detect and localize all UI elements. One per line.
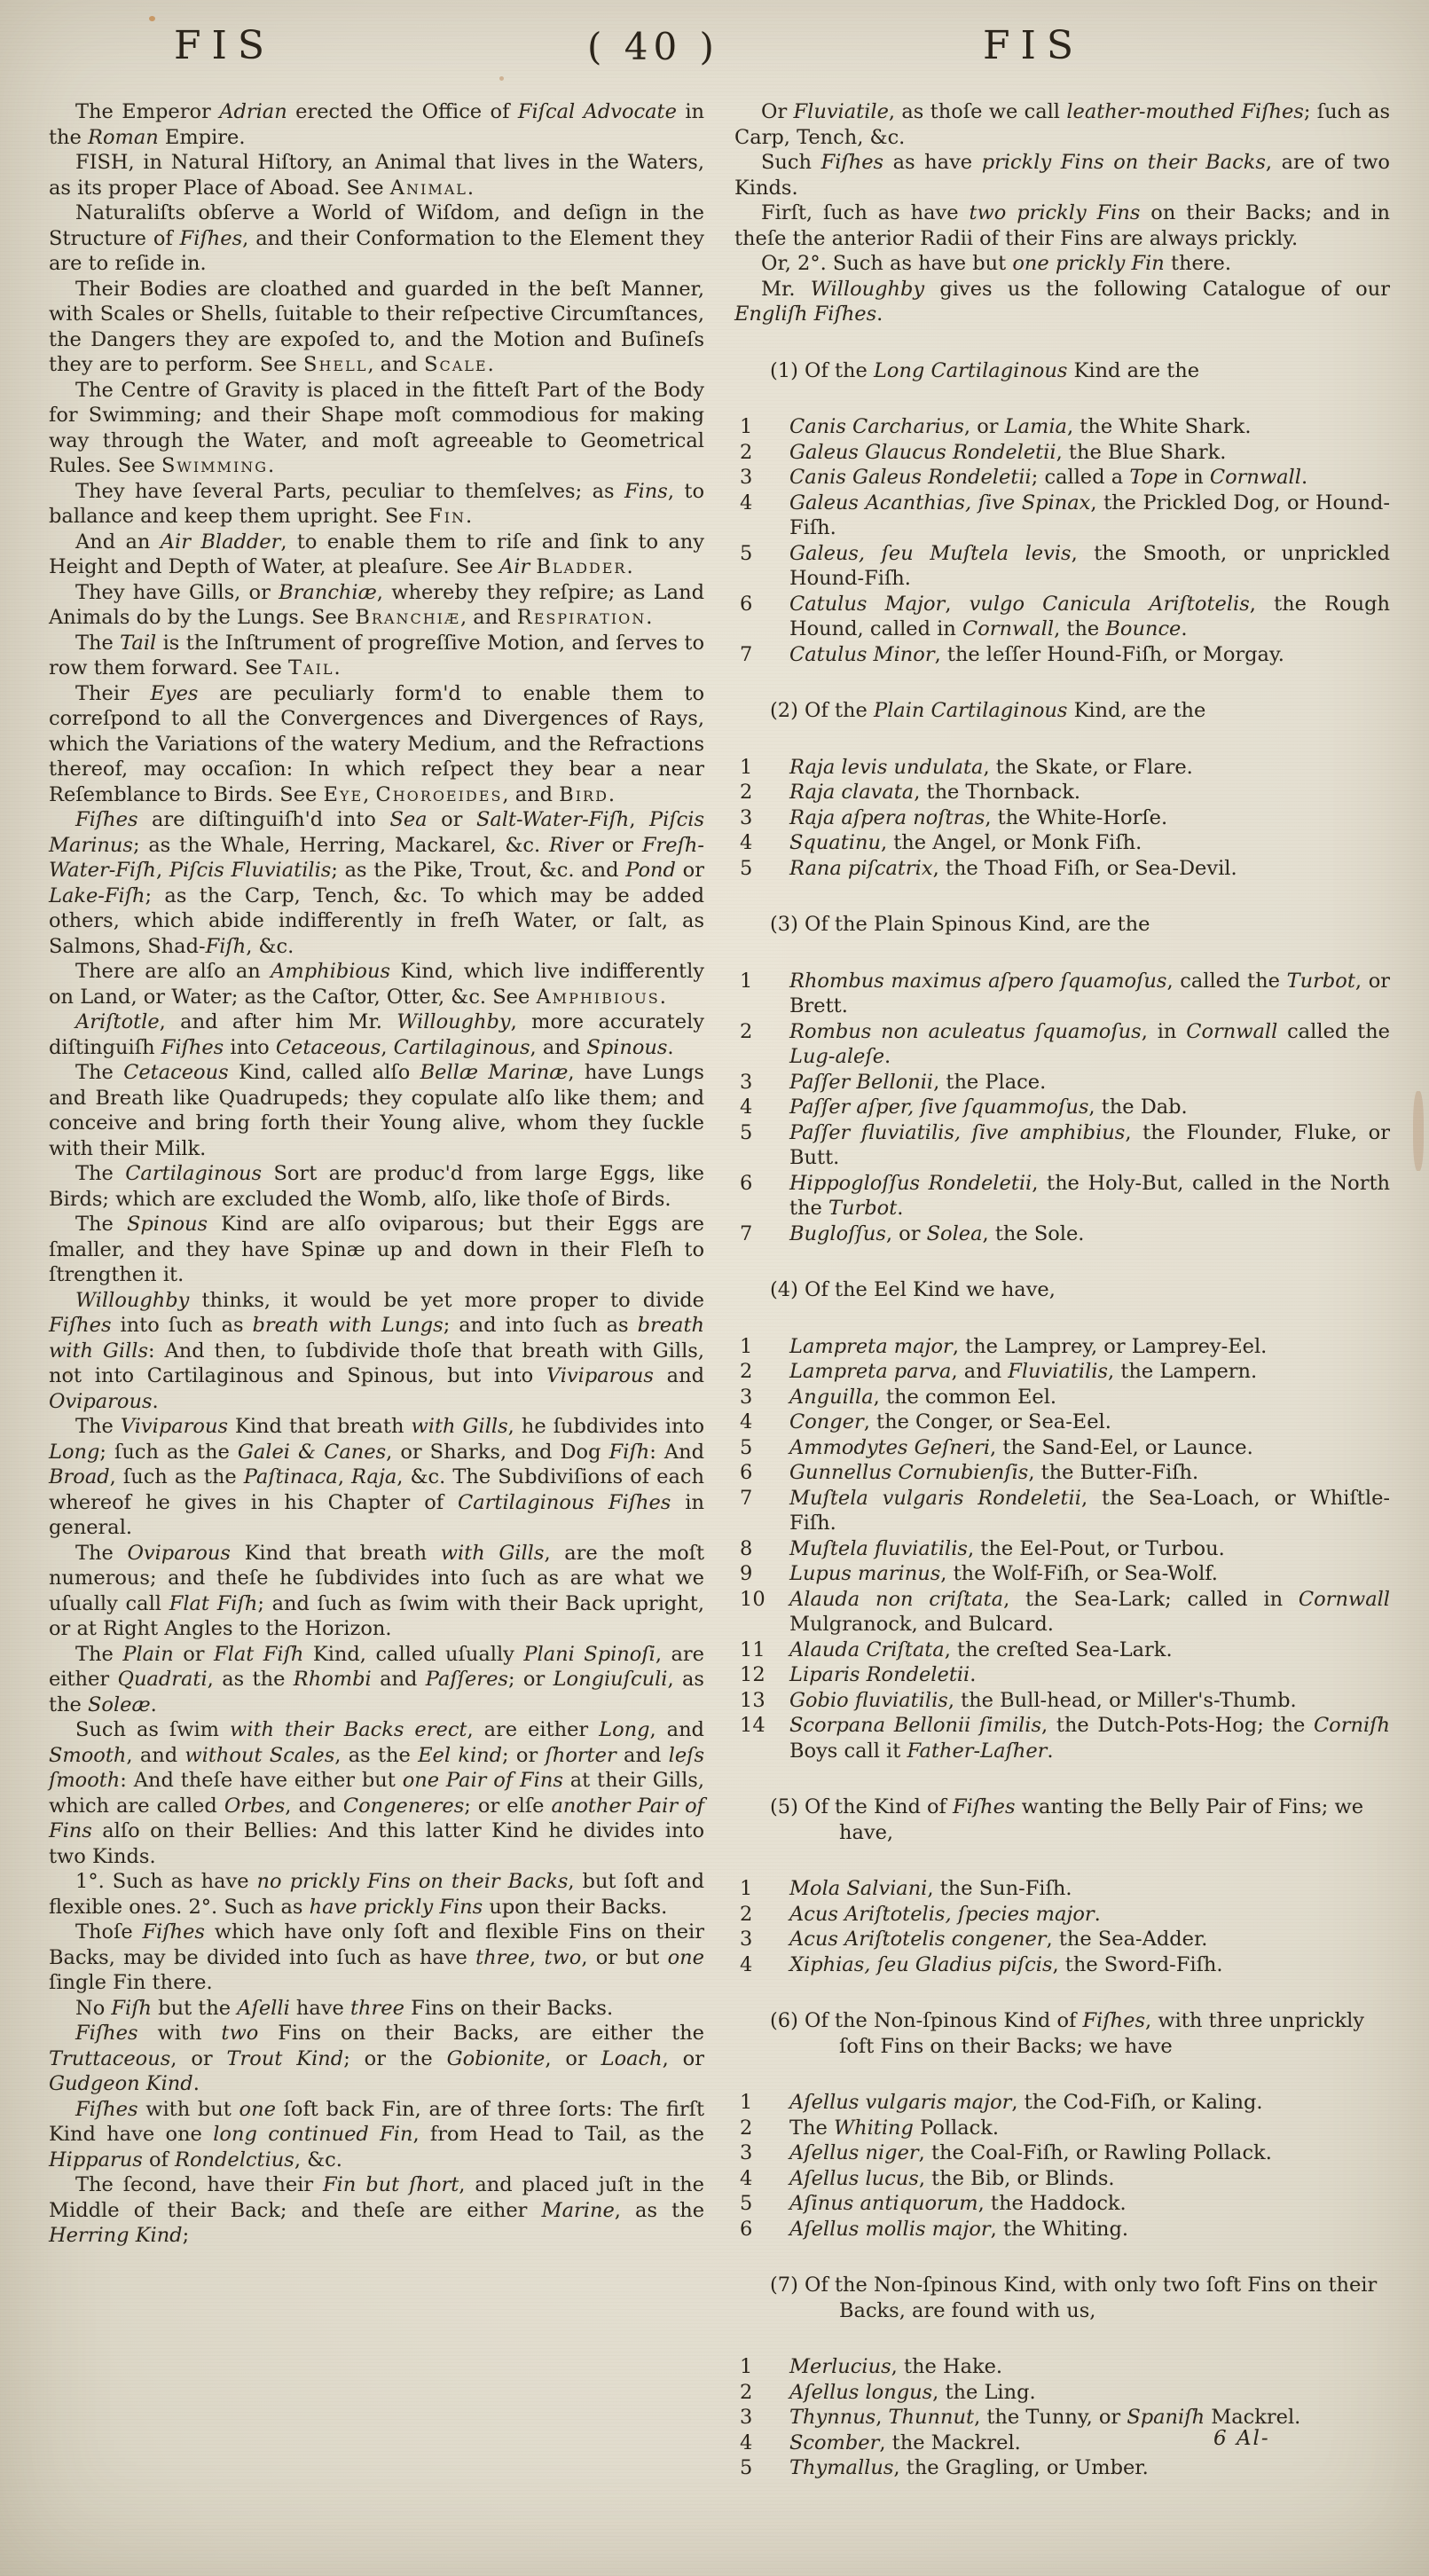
- item-number: 1: [740, 2090, 779, 2116]
- paragraph: The Emperor Adrian erected the Office of…: [49, 99, 704, 150]
- catalogue-item: 4 Galeus Acanthias, ſive Spinax, the Pri…: [734, 491, 1390, 541]
- item-text: Merlucius, the Hake.: [789, 2355, 1002, 2378]
- catalogue-item: 4 Paſſer aſper, ſive ſquammoſus, the Dab…: [734, 1095, 1390, 1120]
- catalogue-item: 1 Raja levis undulata, the Skate, or Fla…: [734, 755, 1390, 781]
- item-number: 1: [740, 1334, 779, 1360]
- catalogue-item: 7 Muſtela vulgaris Rondeletii, the Sea-L…: [734, 1486, 1390, 1536]
- paragraph: Fiſhes are diſtinguiſh'd into Sea or Sal…: [49, 807, 704, 959]
- catalogue-item: 4 Squatinu, the Angel, or Monk Fiſh.: [734, 830, 1390, 856]
- catalogue-item: 11 Alauda Criſtata, the creſted Sea-Lark…: [734, 1637, 1390, 1663]
- catalogue-item: 2 The Whiting Pollack.: [734, 2116, 1390, 2141]
- catalogue-item: 6 Gunnellus Cornubienſis, the Butter-Fiſ…: [734, 1460, 1390, 1486]
- encyclopedia-page: FIS ( 40 ) FIS The Emperor Adrian erecte…: [0, 0, 1429, 2576]
- catalogue-item: 3 Aſellus niger, the Coal-Fiſh, or Rawli…: [734, 2140, 1390, 2166]
- catalogue-item: 4 Aſellus lucus, the Bib, or Blinds.: [734, 2166, 1390, 2192]
- item-number: 6: [740, 2217, 779, 2242]
- paragraph: Ariſtotle, and after him Mr. Willoughby,…: [49, 1009, 704, 1060]
- catalogue-item: 1 Mola Salviani, the Sun-Fiſh.: [734, 1876, 1390, 1902]
- item-number: 3: [740, 465, 779, 491]
- item-text: Raja levis undulata, the Skate, or Flare…: [789, 756, 1193, 779]
- item-number: 7: [740, 1486, 779, 1512]
- item-number: 5: [740, 2191, 779, 2217]
- catalogue-section: (7) Of the Non-ſpinous Kind, with only t…: [734, 2273, 1390, 2481]
- catalogue-item: 2 Lampreta parva, and Fluviatilis, the L…: [734, 1359, 1390, 1385]
- catalogue-item: 5 Ammodytes Geſneri, the Sand-Eel, or La…: [734, 1435, 1390, 1461]
- section-heading: (7) Of the Non-ſpinous Kind, with only t…: [734, 2273, 1390, 2323]
- catalogue-item: 10 Alauda non criſtata, the Sea-Lark; ca…: [734, 1587, 1390, 1637]
- item-text: Rombus non aculeatus ſquamoſus, in Cornw…: [789, 1020, 1390, 1069]
- item-text: Raja clavata, the Thornback.: [789, 781, 1080, 804]
- paragraph: The Cetaceous Kind, called alſo Bellæ Ma…: [49, 1060, 704, 1161]
- item-text: Squatinu, the Angel, or Monk Fiſh.: [789, 831, 1142, 854]
- paragraph: Or, 2°. Such as have but one prickly Fin…: [734, 251, 1390, 277]
- paragraph: No Fiſh but the Aſelli have three Fins o…: [49, 1996, 704, 2022]
- item-text: Lampreta parva, and Fluviatilis, the Lam…: [789, 1360, 1257, 1383]
- catalogue-item: 3 Acus Ariſtotelis congener, the Sea-Add…: [734, 1927, 1390, 1952]
- item-number: 3: [740, 805, 779, 831]
- paragraph: Firſt, ſuch as have two prickly Fins on …: [734, 200, 1390, 251]
- paragraph: Willoughby thinks, it would be yet more …: [49, 1288, 704, 1415]
- item-number: 8: [740, 1536, 779, 1562]
- item-number: 9: [740, 1561, 779, 1587]
- section-heading: (3) Of the Plain Spinous Kind, are the: [734, 912, 1390, 938]
- item-text: Anguilla, the common Eel.: [789, 1386, 1056, 1409]
- catalogue-item: 5 Rana piſcatrix, the Thoad Fiſh, or Sea…: [734, 856, 1390, 882]
- item-text: Muſtela vulgaris Rondeletii, the Sea-Loa…: [789, 1487, 1390, 1535]
- catalogue-item: 14 Scorpana Bellonii ſimilis, the Dutch-…: [734, 1713, 1390, 1763]
- foxing-spot: [149, 16, 155, 21]
- catalogue-sections: (1) Of the Long Cartilaginous Kind are t…: [734, 358, 1390, 2481]
- item-text: Canis Carcharius, or Lamia, the White Sh…: [789, 415, 1251, 438]
- item-number: 2: [740, 2116, 779, 2141]
- catalogue-items: 1 Rhombus maximus aſpero ſquamoſus, call…: [734, 969, 1390, 1247]
- catalogue-item: 6 Catulus Major, vulgo Canicula Ariſtote…: [734, 592, 1390, 642]
- item-number: 1: [740, 969, 779, 994]
- paragraph: Fiſhes with but one ſoft back Fin, are o…: [49, 2097, 704, 2173]
- foxing-spot: [1413, 1091, 1424, 1171]
- catalogue-items: 1 Mola Salviani, the Sun-Fiſh. 2 Acus Ar…: [734, 1876, 1390, 1977]
- item-text: Alauda non criſtata, the Sea-Lark; calle…: [789, 1588, 1390, 1637]
- text-columns: The Emperor Adrian erected the Office of…: [49, 99, 1390, 2481]
- paragraph: Naturaliſts obſerve a World of Wiſdom, a…: [49, 200, 704, 277]
- item-text: Galeus Glaucus Rondeletii, the Blue Shar…: [789, 441, 1226, 464]
- item-text: Gobio fluviatilis, the Bull-head, or Mil…: [789, 1689, 1297, 1712]
- paragraph: The Plain or Flat Fiſh Kind, called uſua…: [49, 1642, 704, 1718]
- catalogue-section: (5) Of the Kind of Fiſhes wanting the Be…: [734, 1795, 1390, 1977]
- item-number: 4: [740, 2431, 779, 2456]
- section-heading: (5) Of the Kind of Fiſhes wanting the Be…: [734, 1795, 1390, 1845]
- catalogue-section: (6) Of the Non-ſpinous Kind of Fiſhes, w…: [734, 2008, 1390, 2242]
- item-number: 4: [740, 830, 779, 856]
- catalogue-item: 1 Canis Carcharius, or Lamia, the White …: [734, 414, 1390, 440]
- catalogue-item: 2 Acus Ariſtotelis, ſpecies major.: [734, 1902, 1390, 1928]
- catalogue-section: (2) Of the Plain Cartilaginous Kind, are…: [734, 698, 1390, 881]
- catalogue-item: 3 Thynnus, Thunnut, the Tunny, or Spaniſ…: [734, 2405, 1390, 2431]
- paragraph: The Cartilaginous Sort are produc'd from…: [49, 1161, 704, 1212]
- item-text: Conger, the Conger, or Sea-Eel.: [789, 1410, 1111, 1433]
- item-text: Mola Salviani, the Sun-Fiſh.: [789, 1877, 1072, 1900]
- catalogue-item: 3 Raja aſpera noſtras, the White-Horſe.: [734, 805, 1390, 831]
- section-heading: (2) Of the Plain Cartilaginous Kind, are…: [734, 698, 1390, 724]
- item-text: Rana piſcatrix, the Thoad Fiſh, or Sea-D…: [789, 857, 1237, 880]
- item-text: Scomber, the Mackrel.: [789, 2431, 1021, 2454]
- item-number: 1: [740, 1876, 779, 1902]
- running-head-left: FIS: [174, 23, 275, 68]
- item-text: Thynnus, Thunnut, the Tunny, or Spaniſh …: [789, 2406, 1300, 2429]
- item-number: 6: [740, 1460, 779, 1486]
- paragraph: 1°. Such as have no prickly Fins on thei…: [49, 1869, 704, 1920]
- paragraph: The Tail is the Inſtrument of progreſſiv…: [49, 631, 704, 681]
- paragraph: Their Bodies are cloathed and guarded in…: [49, 277, 704, 378]
- item-text: Aſellus lucus, the Bib, or Blinds.: [789, 2167, 1115, 2190]
- paragraph: And an Air Bladder, to enable them to ri…: [49, 530, 704, 580]
- item-text: Aſellus vulgaris major, the Cod-Fiſh, or…: [789, 2091, 1263, 2114]
- item-number: 3: [740, 2140, 779, 2166]
- item-number: 3: [740, 2405, 779, 2431]
- item-number: 5: [740, 1120, 779, 1146]
- running-head-right: FIS: [983, 23, 1084, 68]
- left-column: The Emperor Adrian erected the Office of…: [49, 99, 704, 2481]
- catalogue-item: 5 Paſſer fluviatilis, ſive amphibius, th…: [734, 1120, 1390, 1171]
- item-text: Lupus marinus, the Wolf-Fiſh, or Sea-Wol…: [789, 1562, 1218, 1585]
- catalogue-item: 4 Xiphias, ſeu Gladius piſcis, the Sword…: [734, 1952, 1390, 1978]
- catalogue-item: 2 Galeus Glaucus Rondeletii, the Blue Sh…: [734, 440, 1390, 466]
- item-number: 4: [740, 1095, 779, 1120]
- item-text: Lampreta major, the Lamprey, or Lamprey-…: [789, 1335, 1267, 1358]
- catalogue-item: 1 Lampreta major, the Lamprey, or Lampre…: [734, 1334, 1390, 1360]
- paragraph: Their Eyes are peculiarly form'd to enab…: [49, 681, 704, 808]
- item-number: 4: [740, 2166, 779, 2192]
- paragraph: There are alſo an Amphibious Kind, which…: [49, 959, 704, 1009]
- item-text: Bugloſſus, or Solea, the Sole.: [789, 1222, 1084, 1245]
- item-text: Rhombus maximus aſpero ſquamoſus, called…: [789, 970, 1390, 1018]
- paragraph: The Centre of Gravity is placed in the f…: [49, 378, 704, 479]
- item-text: Xiphias, ſeu Gladius piſcis, the Sword-F…: [789, 1953, 1223, 1976]
- item-number: 1: [740, 414, 779, 440]
- paragraph: They have ſeveral Parts, peculiar to the…: [49, 479, 704, 530]
- item-text: Canis Galeus Rondeletii; called a Tope i…: [789, 466, 1307, 489]
- catalogue-item: 7 Bugloſſus, or Solea, the Sole.: [734, 1221, 1390, 1247]
- running-head: FIS ( 40 ) FIS: [0, 23, 1429, 85]
- catalogue-item: 3 Anguilla, the common Eel.: [734, 1385, 1390, 1410]
- catalogue-section: (4) Of the Eel Kind we have, 1 Lampreta …: [734, 1277, 1390, 1763]
- item-text: Gunnellus Cornubienſis, the Butter-Fiſh.: [789, 1461, 1198, 1484]
- catalogue-item: 2 Rombus non aculeatus ſquamoſus, in Cor…: [734, 1019, 1390, 1070]
- catalogue-section: (1) Of the Long Cartilaginous Kind are t…: [734, 358, 1390, 668]
- item-number: 13: [740, 1688, 779, 1714]
- item-number: 12: [740, 1662, 779, 1688]
- item-text: Acus Ariſtotelis, ſpecies major.: [789, 1903, 1101, 1926]
- item-number: 3: [740, 1385, 779, 1410]
- item-number: 2: [740, 1359, 779, 1385]
- item-text: Aſellus mollis major, the Whiting.: [789, 2218, 1128, 2241]
- item-number: 4: [740, 1410, 779, 1435]
- catalogue-section: (3) Of the Plain Spinous Kind, are the 1…: [734, 912, 1390, 1246]
- intro-paragraphs: Or Fluviatile, as thoſe we call leather-…: [734, 99, 1390, 327]
- item-text: Galeus Acanthias, ſive Spinax, the Prick…: [789, 491, 1390, 540]
- item-number: 4: [740, 1952, 779, 1978]
- catalogue-item: 2 Raja clavata, the Thornback.: [734, 780, 1390, 805]
- catalogue-item: 7 Catulus Minor, the leſſer Hound-Fiſh, …: [734, 642, 1390, 668]
- catalogue-item: 9 Lupus marinus, the Wolf-Fiſh, or Sea-W…: [734, 1561, 1390, 1587]
- section-heading: (1) Of the Long Cartilaginous Kind are t…: [734, 358, 1390, 384]
- item-text: The Whiting Pollack.: [789, 2117, 999, 2140]
- paragraph: The Spinous Kind are alſo oviparous; but…: [49, 1212, 704, 1288]
- paragraph: The Viviparous Kind that breath with Gil…: [49, 1414, 704, 1541]
- catalogue-items: 1 Raja levis undulata, the Skate, or Fla…: [734, 755, 1390, 882]
- right-column: Or Fluviatile, as thoſe we call leather-…: [734, 99, 1390, 2481]
- catalogue-item: 5 Aſinus antiquorum, the Haddock.: [734, 2191, 1390, 2217]
- item-number: 5: [740, 1435, 779, 1461]
- catalogue-item: 5 Galeus, ſeu Muſtela levis, the Smooth,…: [734, 541, 1390, 592]
- item-number: 4: [740, 491, 779, 516]
- item-text: Catulus Major, vulgo Canicula Ariſtoteli…: [789, 593, 1390, 641]
- item-number: 11: [740, 1637, 779, 1663]
- catalogue-item: 3 Canis Galeus Rondeletii; called a Tope…: [734, 465, 1390, 491]
- catalogue-item: 6 Hippogloſſus Rondeletii, the Holy-But,…: [734, 1171, 1390, 1221]
- item-text: Catulus Minor, the leſſer Hound-Fiſh, or…: [789, 643, 1284, 666]
- item-number: 10: [740, 1587, 779, 1613]
- item-number: 3: [740, 1927, 779, 1952]
- catalogue-item: 5 Thymallus, the Gragling, or Umber.: [734, 2455, 1390, 2481]
- paragraph: The Oviparous Kind that breath with Gill…: [49, 1541, 704, 1642]
- item-text: Muſtela fluviatilis, the Eel-Pout, or Tu…: [789, 1537, 1225, 1560]
- paragraph: Mr. Willoughby gives us the following Ca…: [734, 277, 1390, 327]
- paragraph: Fiſhes with two Fins on their Backs, are…: [49, 2021, 704, 2097]
- item-text: Thymallus, the Gragling, or Umber.: [789, 2456, 1149, 2479]
- paragraph: Such Fiſhes as have prickly Fins on thei…: [734, 150, 1390, 200]
- item-number: 6: [740, 1171, 779, 1197]
- paragraph: FISH, in Natural Hiſtory, an Animal that…: [49, 150, 704, 200]
- item-number: 5: [740, 541, 779, 567]
- catalogue-item: 12 Liparis Rondeletii.: [734, 1662, 1390, 1688]
- item-text: Paſſer Bellonii, the Place.: [789, 1071, 1046, 1094]
- item-number: 7: [740, 642, 779, 668]
- catalogue-item: 2 Aſellus longus, the Ling.: [734, 2380, 1390, 2406]
- item-text: Acus Ariſtotelis congener, the Sea-Adder…: [789, 1928, 1207, 1951]
- catalogue-items: 1 Aſellus vulgaris major, the Cod-Fiſh, …: [734, 2090, 1390, 2242]
- paragraph: Or Fluviatile, as thoſe we call leather-…: [734, 99, 1390, 150]
- catalogue-item: 4 Scomber, the Mackrel.: [734, 2431, 1390, 2456]
- catalogue-item: 6 Aſellus mollis major, the Whiting.: [734, 2217, 1390, 2242]
- item-text: Aſellus niger, the Coal-Fiſh, or Rawling…: [789, 2141, 1272, 2164]
- item-text: Ammodytes Geſneri, the Sand-Eel, or Laun…: [789, 1436, 1253, 1459]
- item-number: 5: [740, 2455, 779, 2481]
- item-number: 1: [740, 2354, 779, 2380]
- item-text: Raja aſpera noſtras, the White-Horſe.: [789, 806, 1167, 829]
- item-text: Aſellus longus, the Ling.: [789, 2381, 1036, 2404]
- section-heading: (6) Of the Non-ſpinous Kind of Fiſhes, w…: [734, 2008, 1390, 2059]
- paragraph: Thoſe Fiſhes which have only ſoft and fl…: [49, 1920, 704, 1996]
- paragraph: Such as ſwim with their Backs erect, are…: [49, 1717, 704, 1869]
- item-number: 1: [740, 755, 779, 781]
- page-number: ( 40 ): [587, 25, 719, 68]
- catalogue-item: 1 Merlucius, the Hake.: [734, 2354, 1390, 2380]
- item-number: 7: [740, 1221, 779, 1247]
- catalogue-items: 1 Canis Carcharius, or Lamia, the White …: [734, 414, 1390, 667]
- item-number: 2: [740, 1902, 779, 1928]
- paragraph: They have Gills, or Branchiæ, whereby th…: [49, 580, 704, 631]
- catalogue-item: 1 Aſellus vulgaris major, the Cod-Fiſh, …: [734, 2090, 1390, 2116]
- catalogue-items: 1 Lampreta major, the Lamprey, or Lampre…: [734, 1334, 1390, 1764]
- catalogue-item: 13 Gobio fluviatilis, the Bull-head, or …: [734, 1688, 1390, 1714]
- item-text: Paſſer aſper, ſive ſquammoſus, the Dab.: [789, 1096, 1188, 1119]
- catalogue-item: 3 Paſſer Bellonii, the Place.: [734, 1070, 1390, 1096]
- item-number: 14: [740, 1713, 779, 1739]
- item-number: 5: [740, 856, 779, 882]
- item-text: Galeus, ſeu Muſtela levis, the Smooth, o…: [789, 542, 1390, 591]
- item-number: 2: [740, 1019, 779, 1045]
- item-text: Paſſer fluviatilis, ſive amphibius, the …: [789, 1121, 1390, 1170]
- item-number: 3: [740, 1070, 779, 1096]
- catalogue-item: 1 Rhombus maximus aſpero ſquamoſus, call…: [734, 969, 1390, 1019]
- catalogue-item: 4 Conger, the Conger, or Sea-Eel.: [734, 1410, 1390, 1435]
- item-number: 2: [740, 2380, 779, 2406]
- section-heading: (4) Of the Eel Kind we have,: [734, 1277, 1390, 1303]
- item-text: Alauda Criſtata, the creſted Sea-Lark.: [789, 1638, 1173, 1661]
- paragraph: The ſecond, have their Fin but ſhort, an…: [49, 2172, 704, 2249]
- catchword: 6 Al-: [1213, 2427, 1270, 2450]
- item-number: 2: [740, 440, 779, 466]
- item-text: Aſinus antiquorum, the Haddock.: [789, 2192, 1127, 2215]
- item-number: 2: [740, 780, 779, 805]
- item-number: 6: [740, 592, 779, 617]
- item-text: Scorpana Bellonii ſimilis, the Dutch-Pot…: [789, 1714, 1390, 1763]
- item-text: Hippogloſſus Rondeletii, the Holy-But, c…: [789, 1172, 1390, 1221]
- item-text: Liparis Rondeletii.: [789, 1663, 976, 1686]
- catalogue-items: 1 Merlucius, the Hake. 2 Aſellus longus,…: [734, 2354, 1390, 2481]
- catalogue-item: 8 Muſtela fluviatilis, the Eel-Pout, or …: [734, 1536, 1390, 1562]
